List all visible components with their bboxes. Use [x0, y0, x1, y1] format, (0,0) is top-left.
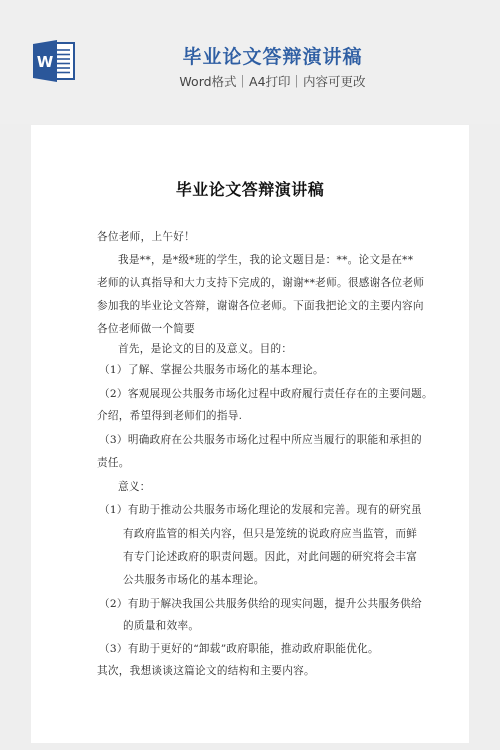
greeting-line: 各位老师，上午好！ — [97, 229, 195, 245]
section-heading-purpose: 首先，是论文的目的及意义。目的： — [118, 341, 292, 357]
list-item-continuation: 的质量和效率。 — [123, 618, 199, 634]
paragraph-line: 各位老师做一个简要 — [97, 321, 195, 337]
paragraph-line: 责任。 — [97, 455, 130, 471]
paragraph-line: 老师的认真指导和大力支持下完成的，谢谢**老师。很感谢各位老师 — [97, 275, 424, 291]
paragraph-line: 参加我的毕业论文答辩，谢谢各位老师。下面我把论文的主要内容向 — [97, 298, 424, 314]
header-title: 毕业论文答辩演讲稿 — [150, 44, 395, 70]
list-item: （1）了解、掌握公共服务市场化的基本理论。 — [99, 362, 324, 378]
paragraph-line: 介绍，希望得到老师们的指导. — [97, 408, 242, 424]
list-item: （3）明确政府在公共服务市场化过程中所应当履行的职能和承担的 — [99, 432, 422, 448]
svg-text:W: W — [37, 53, 54, 71]
list-item: （2）客观展现公共服务市场化过程中政府履行责任存在的主要问题。 — [99, 386, 433, 402]
paragraph-line: 我是**，是*级*班的学生，我的论文题目是：**。论文是在** — [118, 252, 413, 268]
document-title: 毕业论文答辩演讲稿 — [0, 177, 500, 203]
header-subtitle: Word格式｜A4打印｜内容可更改 — [150, 73, 395, 91]
paragraph-line: 其次，我想谈谈这篇论文的结构和主要内容。 — [97, 663, 315, 679]
list-item: （1）有助于推动公共服务市场化理论的发展和完善。现有的研究虽 — [99, 502, 422, 518]
header-banner: W 毕业论文答辩演讲稿 Word格式｜A4打印｜内容可更改 — [0, 0, 500, 124]
list-item: （2）有助于解决我国公共服务供给的现实问题，提升公共服务供给 — [99, 596, 422, 612]
section-heading-significance: 意义： — [118, 479, 151, 495]
list-item-continuation: 公共服务市场化的基本理论。 — [123, 572, 265, 588]
list-item-continuation: 有专门论述政府的职责问题。因此，对此问题的研究将会丰富 — [123, 549, 417, 565]
list-item: （3）有助于更好的“卸载”政府职能，推动政府职能优化。 — [99, 641, 379, 657]
list-item-continuation: 有政府监管的相关内容，但只是笼统的说政府应当监管，而鲜 — [123, 526, 417, 542]
word-icon: W — [31, 39, 77, 83]
